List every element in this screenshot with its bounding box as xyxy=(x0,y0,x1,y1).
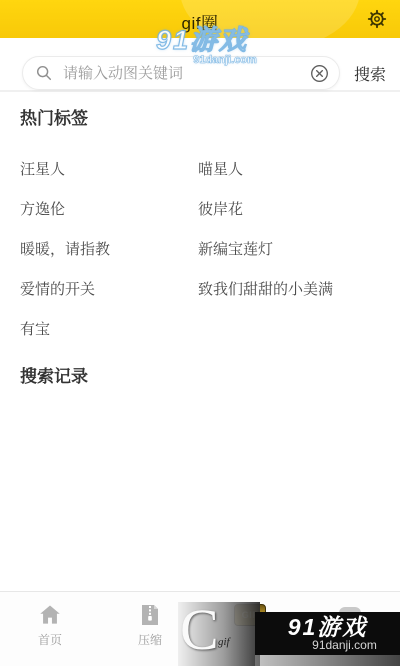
hot-tag[interactable]: 新编宝莲灯 xyxy=(198,240,273,260)
home-icon xyxy=(37,601,63,629)
tab-more[interactable] xyxy=(300,592,400,666)
app-header: gif圈 xyxy=(0,0,400,38)
zip-file-icon xyxy=(138,601,162,629)
search-history-title: 搜索记录 xyxy=(20,362,88,387)
hot-tag[interactable]: 暖暖，请指教 xyxy=(20,240,110,260)
gif-badge-icon: GIF xyxy=(234,601,266,629)
settings-gear-icon[interactable] xyxy=(366,8,388,30)
hot-tag[interactable]: 爱情的开关 xyxy=(20,280,95,300)
search-input[interactable] xyxy=(61,64,310,83)
magnifier-icon xyxy=(35,64,53,82)
page-title: gif圈 xyxy=(0,9,400,34)
hot-tags-grid: 汪星人 喵星人 方逸伦 彼岸花 暖暖，请指教 新编宝莲灯 爱情的开关 致我们甜甜… xyxy=(20,150,380,350)
hot-tag[interactable]: 喵星人 xyxy=(198,160,243,180)
search-pill xyxy=(22,56,340,90)
hot-tag[interactable]: 致我们甜甜的小美满 xyxy=(198,280,333,300)
hidden-tab-icon xyxy=(339,601,361,629)
search-bar-row: 搜索 xyxy=(0,56,400,90)
tab-label: 首页 xyxy=(38,631,62,648)
app-screen: gif圈 91游戏 91danji.com xyxy=(0,0,400,666)
tab-compress[interactable]: 压缩 xyxy=(100,592,200,666)
hot-tag[interactable]: 有宝 xyxy=(20,320,50,340)
tab-gif[interactable]: GIF xyxy=(200,592,300,666)
hot-tag[interactable]: 方逸伦 xyxy=(20,200,65,220)
circle-x-icon[interactable] xyxy=(310,64,329,83)
tab-home[interactable]: 首页 xyxy=(0,592,100,666)
section-divider xyxy=(0,90,400,92)
tab-label: 压缩 xyxy=(138,631,162,648)
hot-tag[interactable]: 彼岸花 xyxy=(198,200,243,220)
bottom-tab-bar: 首页 压缩 GIF xyxy=(0,591,400,666)
hot-tag[interactable]: 汪星人 xyxy=(20,160,65,180)
hot-tags-title: 热门标签 xyxy=(20,104,88,129)
gif-badge-text: GIF xyxy=(234,604,266,626)
search-button[interactable]: 搜索 xyxy=(354,62,386,85)
